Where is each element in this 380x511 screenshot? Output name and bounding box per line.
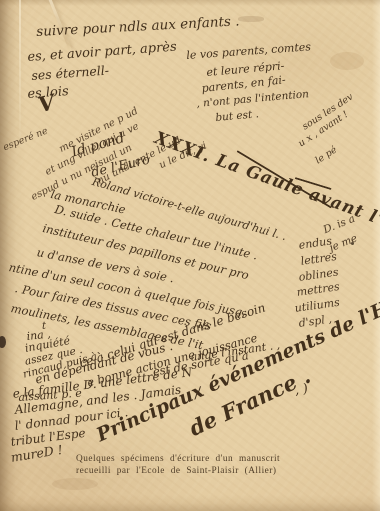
handwriting-fragment: utiliums bbox=[294, 297, 340, 314]
handwriting-fragment: suivre pour ndls aux enfants . bbox=[36, 15, 240, 39]
handwriting-fragment: but est . bbox=[215, 109, 259, 123]
handwriting-layer: suivre pour ndls aux enfants .es, et avo… bbox=[0, 0, 380, 511]
caption: Quelques spécimens d'écriture d'un manus… bbox=[76, 454, 280, 477]
handwriting-fragment: ' , ) bbox=[286, 382, 309, 398]
handwriting-fragment: es, et avoir part, après bbox=[27, 41, 177, 64]
scanned-page: suivre pour ndls aux enfants .es, et avo… bbox=[0, 0, 380, 511]
caption-line-2: recueilli par l'Ecole de Saint-Plaisir (… bbox=[76, 466, 280, 478]
handwriting-fragment: je me bbox=[328, 233, 359, 254]
handwriting-fragment: le vos parents, comtes bbox=[186, 41, 311, 61]
handwriting-fragment: le pé bbox=[314, 145, 339, 166]
caption-line-1: Quelques spécimens d'écriture d'un manus… bbox=[76, 454, 280, 466]
handwriting-fragment: ses éternell- bbox=[31, 65, 109, 83]
handwriting-fragment: esperé ne bbox=[2, 126, 49, 152]
